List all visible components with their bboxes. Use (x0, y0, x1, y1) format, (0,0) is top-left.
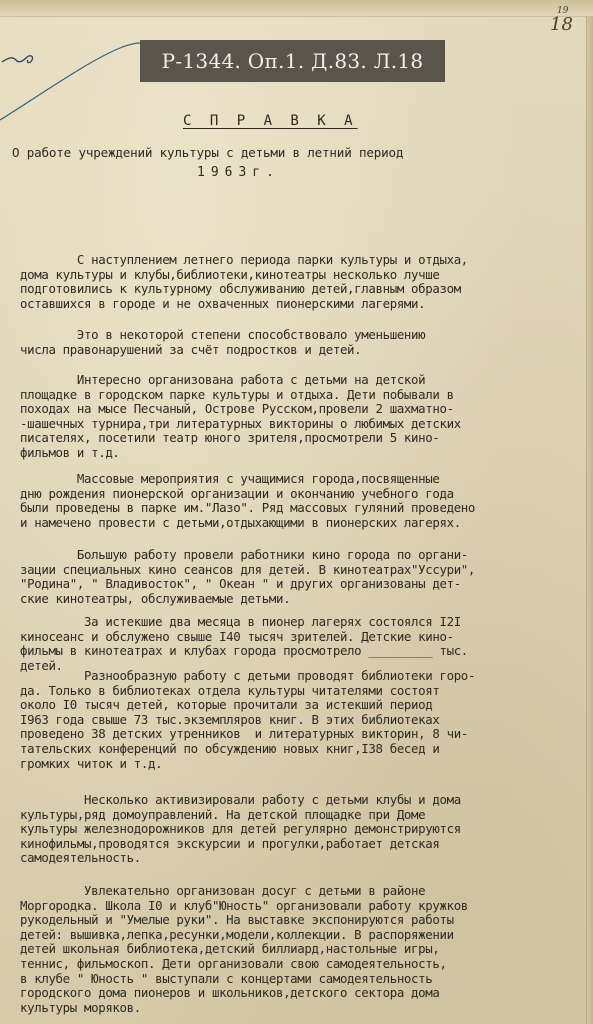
paragraph: Массовые мероприятия с учащимися города,… (20, 472, 575, 530)
document-title: С П Р А В К А (183, 113, 358, 129)
text-line: фильмов и т.д. (20, 446, 575, 461)
text-line: Массовые мероприятия с учащимися города,… (20, 472, 575, 487)
paragraph: За истекшие два месяца в пионер лагерях … (20, 615, 575, 673)
text-line: Увлекательно организован досуг с детьми … (20, 884, 575, 899)
document-subtitle: О работе учреждений культуры с детьми в … (12, 145, 492, 160)
text-line: в клубе " Юность " выступали с концертам… (20, 972, 575, 987)
paragraph: С наступлением летнего периода парки кул… (20, 253, 575, 311)
archive-reference-label: Р-1344. Оп.1. Д.83. Л.18 (140, 40, 445, 82)
text-line: писателях, посетили театр юного зрителя,… (20, 431, 575, 446)
text-line: Это в некоторой степени способствовало у… (20, 328, 575, 343)
text-line: культуры,ряд домоуправлений. На детской … (20, 808, 575, 823)
text-line: зации специальных кино сеансов для детей… (20, 563, 575, 578)
text-line: походах на мысе Песчаный, Острове Русско… (20, 402, 575, 417)
text-line: тательских конференций по обсуждению нов… (20, 742, 575, 757)
text-line: числа правонарушений за счёт подростков … (20, 343, 575, 358)
folio-number: 18 (550, 14, 573, 35)
text-line: Интересно организована работа с детьми н… (20, 373, 575, 388)
text-line: оставшихся в городе и не охваченных пион… (20, 297, 575, 312)
paragraph: Интересно организована работа с детьми н… (20, 373, 575, 461)
text-line: рукодельный и "Умелые руки". На выставке… (20, 913, 575, 928)
paragraph: Это в некоторой степени способствовало у… (20, 328, 575, 357)
text-line: подготовились к культурному обслуживанию… (20, 282, 575, 297)
paragraph: Увлекательно организован досуг с детьми … (20, 884, 575, 1015)
text-line: дню рождения пионерской организации и ок… (20, 487, 575, 502)
document-year: 1963г. (197, 165, 280, 180)
text-line: да. Только в библиотеках отдела культуры… (20, 684, 575, 699)
paragraph: Разнообразную работу с детьми проводят б… (20, 669, 575, 771)
text-line: Разнообразную работу с детьми проводят б… (20, 669, 575, 684)
text-line: площадке в городском парке культуры и от… (20, 388, 575, 403)
text-line: Моргородка. Школа I0 и клуб"Юность" орга… (20, 899, 575, 914)
paragraph: Несколько активизировали работу с детьми… (20, 793, 575, 866)
text-line: городского дома пионеров и школьников,де… (20, 986, 575, 1001)
text-line: За истекшие два месяца в пионер лагерях … (20, 615, 575, 630)
text-line: проведено 38 детских утренников и литера… (20, 727, 575, 742)
text-line: фильмы в кинотеатрах и клубах города про… (20, 644, 575, 659)
paragraph: Большую работу провели работники кино го… (20, 548, 575, 606)
text-line: около I0 тысяч детей, которые прочитали … (20, 698, 575, 713)
scanned-page: 19 18 Р-1344. Оп.1. Д.83. Л.18 С П Р А В… (0, 0, 593, 1024)
text-line: детей школьная библиотека,детский биллиа… (20, 942, 575, 957)
text-line: "Родина", " Владивосток", " Океан " и др… (20, 577, 575, 592)
text-line: дома культуры и клубы,библиотеки,кинотеа… (20, 268, 575, 283)
text-line: и намечено провести с детьми,отдыхающими… (20, 516, 575, 531)
text-line: С наступлением летнего периода парки кул… (20, 253, 575, 268)
paper-right-edge (586, 16, 593, 1024)
text-line: самодеятельность. (20, 851, 575, 866)
text-line: -шашечных турнира,три литературных викто… (20, 417, 575, 432)
text-line: Большую работу провели работники кино го… (20, 548, 575, 563)
text-line: теннис, фильмоскоп. Дети организовали св… (20, 957, 575, 972)
text-line: громких читок и т.д. (20, 757, 575, 772)
text-line: киносеанс и обслужено свыше I40 тысяч зр… (20, 630, 575, 645)
text-line: были проведены в парке им."Лазо". Ряд ма… (20, 501, 575, 516)
text-line: ские кинотеатры, обслуживаемые детьми. (20, 592, 575, 607)
text-line: Несколько активизировали работу с детьми… (20, 793, 575, 808)
text-line: культуры железнодорожников для детей рег… (20, 822, 575, 837)
text-line: I963 года свыше 73 тыс.экземпляров книг.… (20, 713, 575, 728)
text-line: детей: вышивка,лепка,ресунки,модели,колл… (20, 928, 575, 943)
text-line: культуры моряков. (20, 1001, 575, 1016)
text-line: кинофильмы,проводятся экскурсии и прогул… (20, 837, 575, 852)
